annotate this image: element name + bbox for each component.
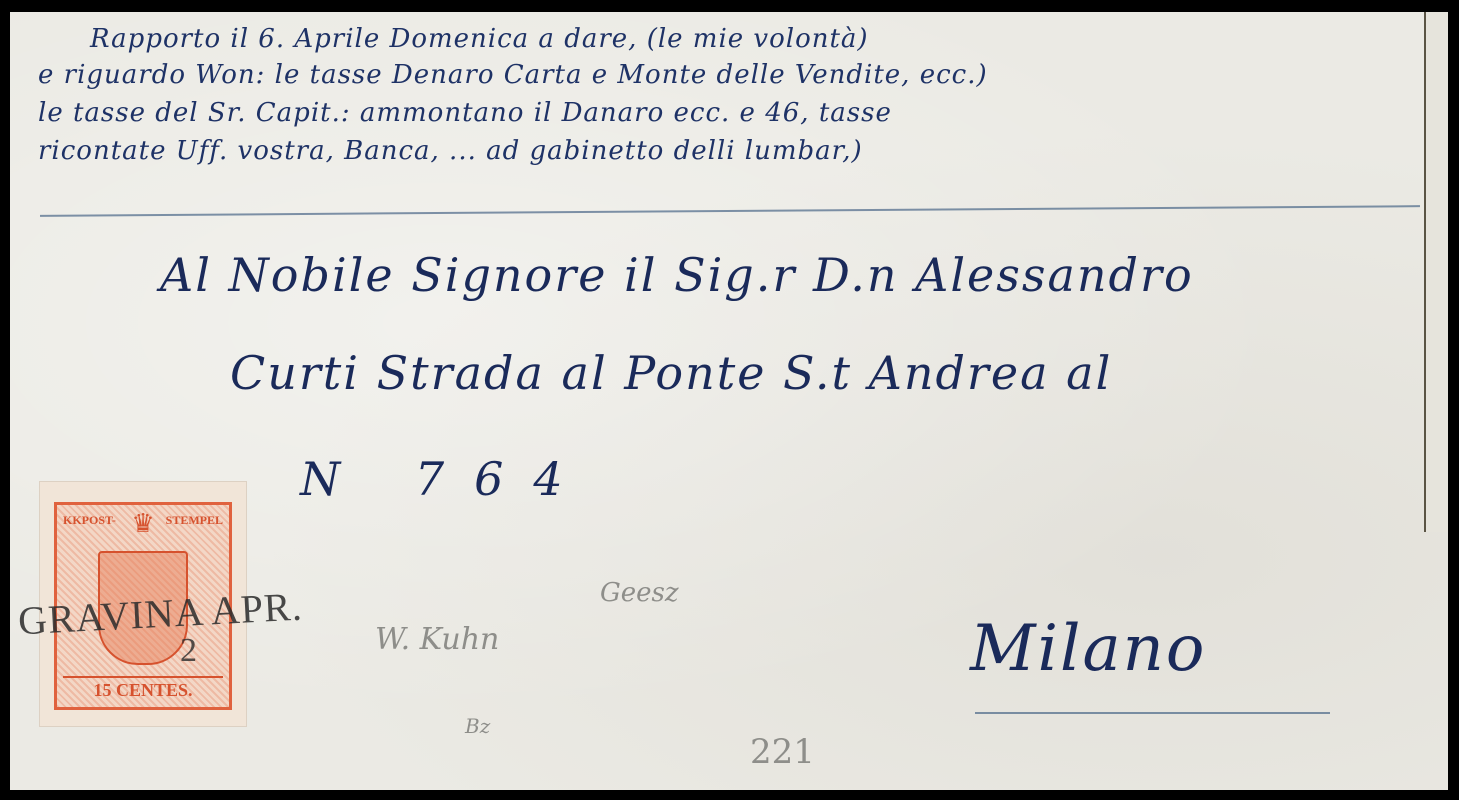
top-note-line-3: le tasse del Sr. Capit.: ammontano il Da…: [38, 96, 892, 130]
pencil-signature-2: Geesz: [600, 578, 679, 608]
city-underline: [975, 712, 1330, 714]
pencil-signature-1: W. Kuhn: [375, 622, 499, 657]
pencil-number: 221: [750, 732, 815, 772]
top-note-line-1: Rapporto il 6. Aprile Domenica a dare, (…: [90, 22, 869, 56]
address-line-2: Curti Strada al Ponte S.t Andrea al: [230, 346, 1112, 400]
crown-icon: ♛: [131, 509, 154, 539]
address-line-1: Al Nobile Signore il Sig.r D.n Alessandr…: [160, 248, 1194, 302]
top-note-line-2: e riguardo Won: le tasse Denaro Carta e …: [38, 58, 988, 92]
envelope-flap-edge: [1424, 12, 1448, 532]
stamp-top-left: KKPOST-: [63, 513, 116, 528]
postmark-day: 2: [180, 632, 197, 670]
pencil-initials: Bz: [465, 714, 490, 738]
top-note-line-4: ricontate Uff. vostra, Banca, ... ad gab…: [38, 134, 863, 168]
divider-line: [40, 205, 1420, 217]
address-line-3: N 764: [300, 452, 593, 506]
stamp-value: 15 CENTES.: [63, 676, 223, 701]
address-city: Milano: [970, 612, 1206, 686]
stamp-top-right: STEMPEL: [166, 513, 223, 528]
